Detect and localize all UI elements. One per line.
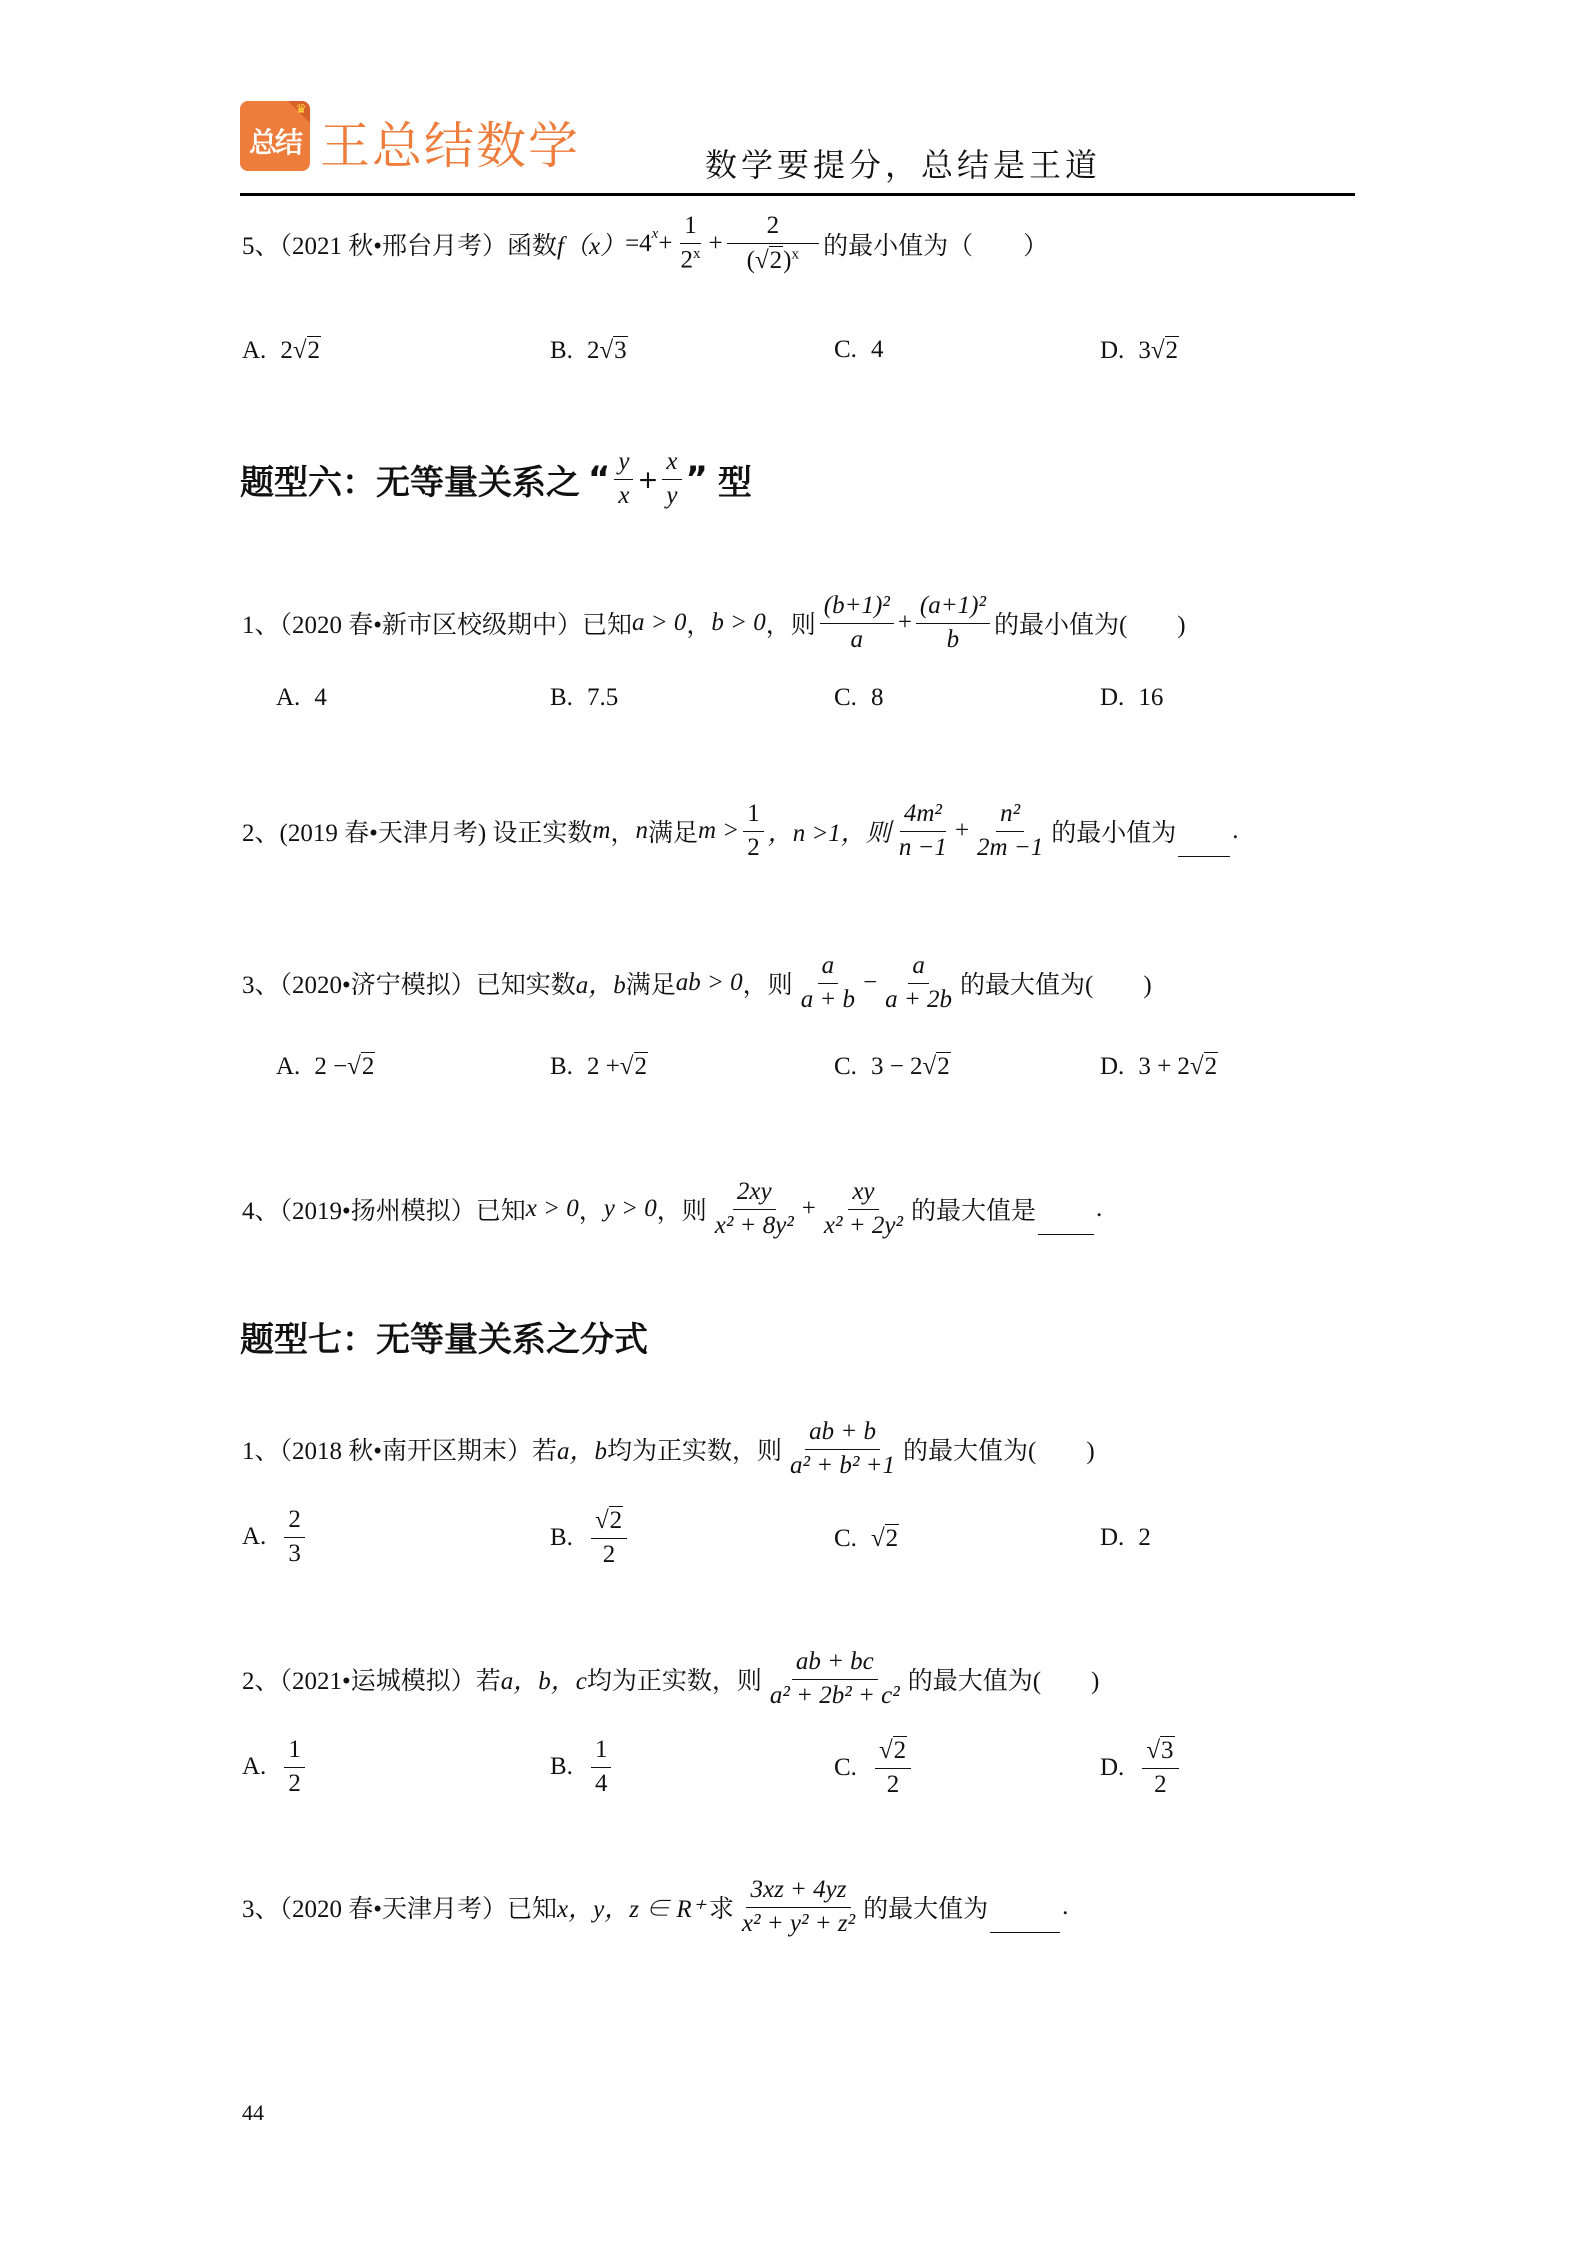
math-eq: =4 — [625, 230, 652, 258]
option-b[interactable]: B.√22 — [550, 1506, 631, 1570]
numerator: (b+1)² — [820, 592, 894, 624]
denominator: 2x — [676, 244, 704, 275]
option-d[interactable]: D.√32 — [1100, 1736, 1183, 1800]
math-var: n — [635, 817, 648, 845]
sqrt: √2 — [1151, 336, 1179, 365]
fraction: ab + bca² + 2b² + c² — [766, 1648, 904, 1711]
denominator: x² + y² + z² — [738, 1908, 859, 1939]
numerator: √2 — [591, 1506, 627, 1539]
option-label: B. — [550, 337, 573, 365]
math-condition: ，n >1，则 — [768, 813, 891, 849]
option-a[interactable]: A.12 — [242, 1736, 309, 1799]
denominator: x — [614, 480, 633, 511]
option-label: C. — [834, 684, 857, 712]
option-label: C. — [834, 336, 857, 364]
coef: 2 — [587, 337, 600, 365]
numerator: 1 — [680, 212, 701, 244]
math-op: + — [708, 230, 722, 258]
sqrt: √3 — [1146, 1736, 1174, 1766]
option-label: B. — [550, 1524, 573, 1552]
option-c[interactable]: C.√2 — [834, 1524, 899, 1553]
option-label: A. — [276, 1053, 300, 1081]
option-prefix: 2 − — [314, 1053, 347, 1081]
fraction: (a+1)²b — [916, 592, 990, 655]
den-exp: x — [792, 246, 800, 262]
coef: 3 — [1138, 337, 1151, 365]
question-source: 1、（2020 春•新市区校级期中）已知 — [242, 605, 632, 641]
numerator: a — [908, 952, 929, 984]
period: . — [1232, 817, 1238, 845]
option-label: B. — [550, 684, 573, 712]
denominator: (√2)x — [743, 244, 803, 276]
denominator: 2 — [743, 832, 764, 863]
numerator: √2 — [875, 1736, 911, 1769]
denominator: a + 2b — [881, 984, 956, 1015]
quote-open: “ — [588, 459, 610, 499]
option-label: B. — [550, 1753, 573, 1781]
fraction: 2xyx² + 8y² — [711, 1178, 798, 1241]
radicand: 2 — [361, 1052, 376, 1081]
question-source: 4、（2019•扬州模拟）已知 — [242, 1191, 526, 1227]
radicand: 2 — [1165, 336, 1180, 365]
numerator: a — [818, 952, 839, 984]
numerator: √3 — [1142, 1736, 1178, 1769]
s7-question-1: 1、（2018 秋•南开区期末）若 a，b 均为正实数，则 ab + ba² +… — [242, 1418, 1095, 1481]
math-exponent: x — [652, 226, 659, 243]
fraction: 3xz + 4yzx² + y² + z² — [738, 1876, 859, 1939]
heading-text: 题型六：无等量关系之 — [240, 455, 580, 504]
crown-icon: ♛ — [295, 102, 307, 117]
fraction: 23 — [284, 1506, 305, 1569]
option-value: 8 — [871, 684, 884, 712]
sqrt: √2 — [1190, 1052, 1218, 1081]
fraction: x y — [662, 448, 681, 511]
numerator: (a+1)² — [916, 592, 990, 624]
fraction: 14 — [591, 1736, 612, 1799]
numerator: 2xy — [733, 1178, 776, 1210]
math-condition: ab > 0 — [676, 969, 743, 997]
connector: ，则 — [766, 605, 816, 641]
math-condition: x > 0 — [526, 1195, 579, 1223]
question-suffix: 的最大值为 — [863, 1889, 988, 1925]
denominator: 2m −1 — [973, 832, 1047, 863]
fraction: 1 2x — [676, 212, 704, 275]
coef: 2 — [280, 337, 293, 365]
text: 均为正实数，则 — [587, 1661, 762, 1697]
denominator: 2 — [284, 1768, 305, 1799]
fraction: 2 (√2)x — [727, 212, 820, 276]
answer-blank[interactable] — [1178, 855, 1230, 857]
option-label: D. — [1100, 1524, 1124, 1552]
option-label: A. — [242, 337, 266, 365]
numerator: x — [662, 448, 681, 480]
sqrt: √2 — [871, 1524, 899, 1553]
math-condition: y > 0 — [604, 1195, 657, 1223]
denominator: 2 — [883, 1769, 904, 1800]
answer-blank[interactable] — [1038, 1233, 1094, 1235]
option-value: 16 — [1138, 684, 1163, 712]
denominator: 2 — [599, 1539, 620, 1570]
option-value: 2 — [1138, 1524, 1151, 1552]
denominator: a² + b² +1 — [786, 1450, 899, 1481]
radicand: 3 — [613, 336, 628, 365]
period: . — [1096, 1195, 1102, 1223]
fraction: 12 — [743, 800, 764, 863]
text: 满足 — [626, 965, 676, 1001]
radicand: 2 — [307, 336, 322, 365]
brand-name: 王总结数学 — [320, 106, 580, 178]
option-c[interactable]: C.4 — [834, 336, 883, 364]
text: 求 — [709, 1889, 734, 1925]
option-prefix: 3 + 2 — [1138, 1053, 1190, 1081]
math-condition: a > 0 — [632, 609, 686, 637]
option-c[interactable]: C.√22 — [834, 1736, 915, 1800]
radicand: 3 — [1160, 1736, 1175, 1766]
fraction: √22 — [591, 1506, 627, 1570]
question-source: 3、（2020 春•天津月考）已知 — [242, 1889, 557, 1925]
denominator: a² + 2b² + c² — [766, 1680, 904, 1711]
denominator: 4 — [591, 1768, 612, 1799]
question-suffix: 的最大值为( ) — [908, 1661, 1100, 1697]
math-vars: a，b — [576, 965, 626, 1001]
option-label: C. — [834, 1525, 857, 1553]
option-label: A. — [276, 684, 300, 712]
s7-question-3: 3、（2020 春•天津月考）已知 x，y，z ∈ R⁺ 求 3xz + 4yz… — [242, 1876, 1068, 1939]
math-op: + — [658, 230, 672, 258]
sqrt: √2 — [879, 1736, 907, 1766]
heading-text: 题型七：无等量关系之分式 — [240, 1312, 648, 1361]
s6-question-3: 3、（2020•济宁模拟）已知实数 a，b 满足 ab > 0 ，则 aa + … — [242, 952, 1152, 1015]
option-b[interactable]: B.2 +√2 — [550, 1052, 648, 1081]
separator: ， — [686, 605, 711, 641]
option-label: C. — [834, 1053, 857, 1081]
text: 满足 — [648, 813, 698, 849]
answer-blank[interactable] — [990, 1931, 1060, 1933]
numerator: 1 — [591, 1736, 612, 1768]
radicand: 2 — [769, 246, 784, 276]
sqrt: √2 — [755, 246, 783, 276]
math-vars: x，y，z ∈ R⁺ — [557, 1889, 705, 1925]
option-label: D. — [1100, 1053, 1124, 1081]
radicand: 2 — [1204, 1052, 1219, 1081]
fraction: aa + 2b — [881, 952, 956, 1015]
fraction: 12 — [284, 1736, 305, 1799]
radicand: 2 — [885, 1524, 900, 1553]
question-suffix: 的最小值为（ ） — [823, 226, 1048, 262]
option-value: 4 — [871, 336, 884, 364]
s6-question-1: 1、（2020 春•新市区校级期中）已知 a > 0 ， b > 0 ，则 (b… — [242, 592, 1186, 655]
question-source: 1、（2018 秋•南开区期末）若 — [242, 1431, 557, 1467]
option-a[interactable]: A.2√2 — [242, 336, 321, 365]
numerator: 1 — [284, 1736, 305, 1768]
slogan: 数学要提分，总结是王道 — [705, 140, 1101, 186]
denominator: 2 — [1150, 1769, 1171, 1800]
math-op: − — [863, 969, 877, 997]
numerator: ab + b — [805, 1418, 880, 1450]
s7-question-2: 2、（2021•运城模拟）若 a，b，c 均为正实数，则 ab + bca² +… — [242, 1648, 1099, 1711]
connector: ，则 — [657, 1191, 707, 1227]
text: 均为正实数，则 — [607, 1431, 782, 1467]
radicand: 2 — [893, 1736, 908, 1766]
s6-question-2: 2、(2019 春•天津月考) 设正实数 m ， n 满足 m > 12 ，n … — [242, 800, 1239, 863]
option-b[interactable]: B.7.5 — [550, 684, 618, 712]
numerator: 1 — [743, 800, 764, 832]
option-d[interactable]: D.16 — [1100, 684, 1163, 712]
den-exp: x — [693, 246, 701, 262]
numerator: 4m² — [900, 800, 946, 832]
math-op: + — [802, 1195, 816, 1223]
option-prefix: 2 + — [587, 1053, 620, 1081]
numerator: xy — [848, 1178, 878, 1210]
fraction: ab + ba² + b² +1 — [786, 1418, 899, 1481]
connector: ，则 — [743, 965, 793, 1001]
question-suffix: 的最小值为 — [1051, 813, 1176, 849]
option-a[interactable]: A.23 — [242, 1506, 309, 1569]
fraction: n²2m −1 — [973, 800, 1047, 863]
question-suffix: 的最大值为( ) — [903, 1431, 1095, 1467]
option-a[interactable]: A.4 — [276, 684, 327, 712]
math-function: f（x） — [557, 226, 625, 262]
s6-question-4: 4、（2019•扬州模拟）已知 x > 0 ， y > 0 ，则 2xyx² +… — [242, 1178, 1102, 1241]
question-source: 2、(2019 春•天津月考) 设正实数 — [242, 813, 592, 849]
numerator: n² — [996, 800, 1024, 832]
radicand: 2 — [936, 1052, 951, 1081]
option-label: D. — [1100, 684, 1124, 712]
page-number: 44 — [242, 2100, 264, 2126]
option-label: C. — [834, 1754, 857, 1782]
question-source: 2、（2021•运城模拟）若 — [242, 1661, 501, 1697]
math-op: + — [637, 465, 658, 494]
numerator: y — [614, 448, 633, 480]
denominator: y — [662, 480, 681, 511]
separator: ， — [610, 813, 635, 849]
fraction: 4m²n −1 — [895, 800, 951, 863]
denominator: n −1 — [895, 832, 951, 863]
question-source: 5、（2021 秋•邢台月考）函数 — [242, 226, 557, 262]
sqrt: √2 — [595, 1506, 623, 1536]
paren: ( — [747, 247, 755, 274]
fraction: y x — [614, 448, 633, 511]
denominator: b — [943, 624, 964, 655]
option-b[interactable]: B.14 — [550, 1736, 615, 1799]
question-suffix: 的最小值为( ) — [994, 605, 1186, 641]
separator: ， — [579, 1191, 604, 1227]
option-value: 7.5 — [587, 684, 618, 712]
header-divider — [240, 193, 1355, 196]
option-c[interactable]: C.8 — [834, 684, 883, 712]
logo-badge: ♛ 总结 — [240, 101, 310, 171]
option-label: D. — [1100, 337, 1124, 365]
numerator: 2 — [727, 212, 820, 244]
den-base: 2 — [680, 246, 693, 273]
logo-badge-text: 总结 — [240, 121, 310, 161]
sqrt: √2 — [293, 336, 321, 365]
numerator: 3xz + 4yz — [746, 1876, 850, 1908]
denominator: a + b — [797, 984, 859, 1015]
section-7-heading: 题型七：无等量关系之分式 — [240, 1312, 648, 1361]
numerator: 2 — [284, 1506, 305, 1538]
math-op: + — [955, 817, 969, 845]
option-d[interactable]: D.3 + 2√2 — [1100, 1052, 1218, 1081]
option-label: D. — [1100, 1754, 1124, 1782]
quote-close: ” — [686, 459, 708, 499]
sqrt: √2 — [620, 1052, 648, 1081]
denominator: x² + 2y² — [820, 1210, 907, 1241]
sqrt: √3 — [599, 336, 627, 365]
option-d[interactable]: D.3√2 — [1100, 336, 1179, 365]
option-label: B. — [550, 1053, 573, 1081]
math-condition: b > 0 — [711, 609, 765, 637]
fraction: √32 — [1142, 1736, 1178, 1800]
math-vars: a，b，c — [501, 1661, 587, 1697]
sqrt: √2 — [347, 1052, 375, 1081]
fraction: aa + b — [797, 952, 859, 1015]
option-c[interactable]: C.3 − 2√2 — [834, 1052, 951, 1081]
section-6-heading: 题型六：无等量关系之 “ y x + x y ” 型 — [240, 448, 752, 511]
option-b[interactable]: B.2√3 — [550, 336, 628, 365]
question-source: 3、（2020•济宁模拟）已知实数 — [242, 965, 576, 1001]
fraction: xyx² + 2y² — [820, 1178, 907, 1241]
math-var: m — [592, 817, 610, 845]
radicand: 2 — [609, 1506, 624, 1536]
option-label: A. — [242, 1753, 266, 1781]
numerator: ab + bc — [792, 1648, 878, 1680]
math-op: + — [898, 609, 912, 637]
heading-suffix: 型 — [718, 455, 752, 504]
sqrt: √2 — [923, 1052, 951, 1081]
math-vars: a，b — [557, 1431, 607, 1467]
math-condition: m > — [698, 817, 739, 845]
denominator: x² + 8y² — [711, 1210, 798, 1241]
option-label: A. — [242, 1523, 266, 1551]
question-5: 5、（2021 秋•邢台月考）函数 f（x） =4x + 1 2x + 2 (√… — [242, 212, 1048, 276]
option-value: 4 — [314, 684, 327, 712]
denominator: 3 — [284, 1538, 305, 1569]
question-suffix: 的最大值为( ) — [960, 965, 1152, 1001]
option-prefix: 3 − 2 — [871, 1053, 923, 1081]
question-suffix: 的最大值是 — [911, 1191, 1036, 1227]
denominator: a — [847, 624, 868, 655]
option-a[interactable]: A.2 −√2 — [276, 1052, 375, 1081]
fraction: (b+1)²a — [820, 592, 894, 655]
fraction: √22 — [875, 1736, 911, 1800]
period: . — [1062, 1893, 1068, 1921]
radicand: 2 — [634, 1052, 649, 1081]
option-d[interactable]: D.2 — [1100, 1524, 1151, 1552]
paren: ) — [783, 247, 791, 274]
